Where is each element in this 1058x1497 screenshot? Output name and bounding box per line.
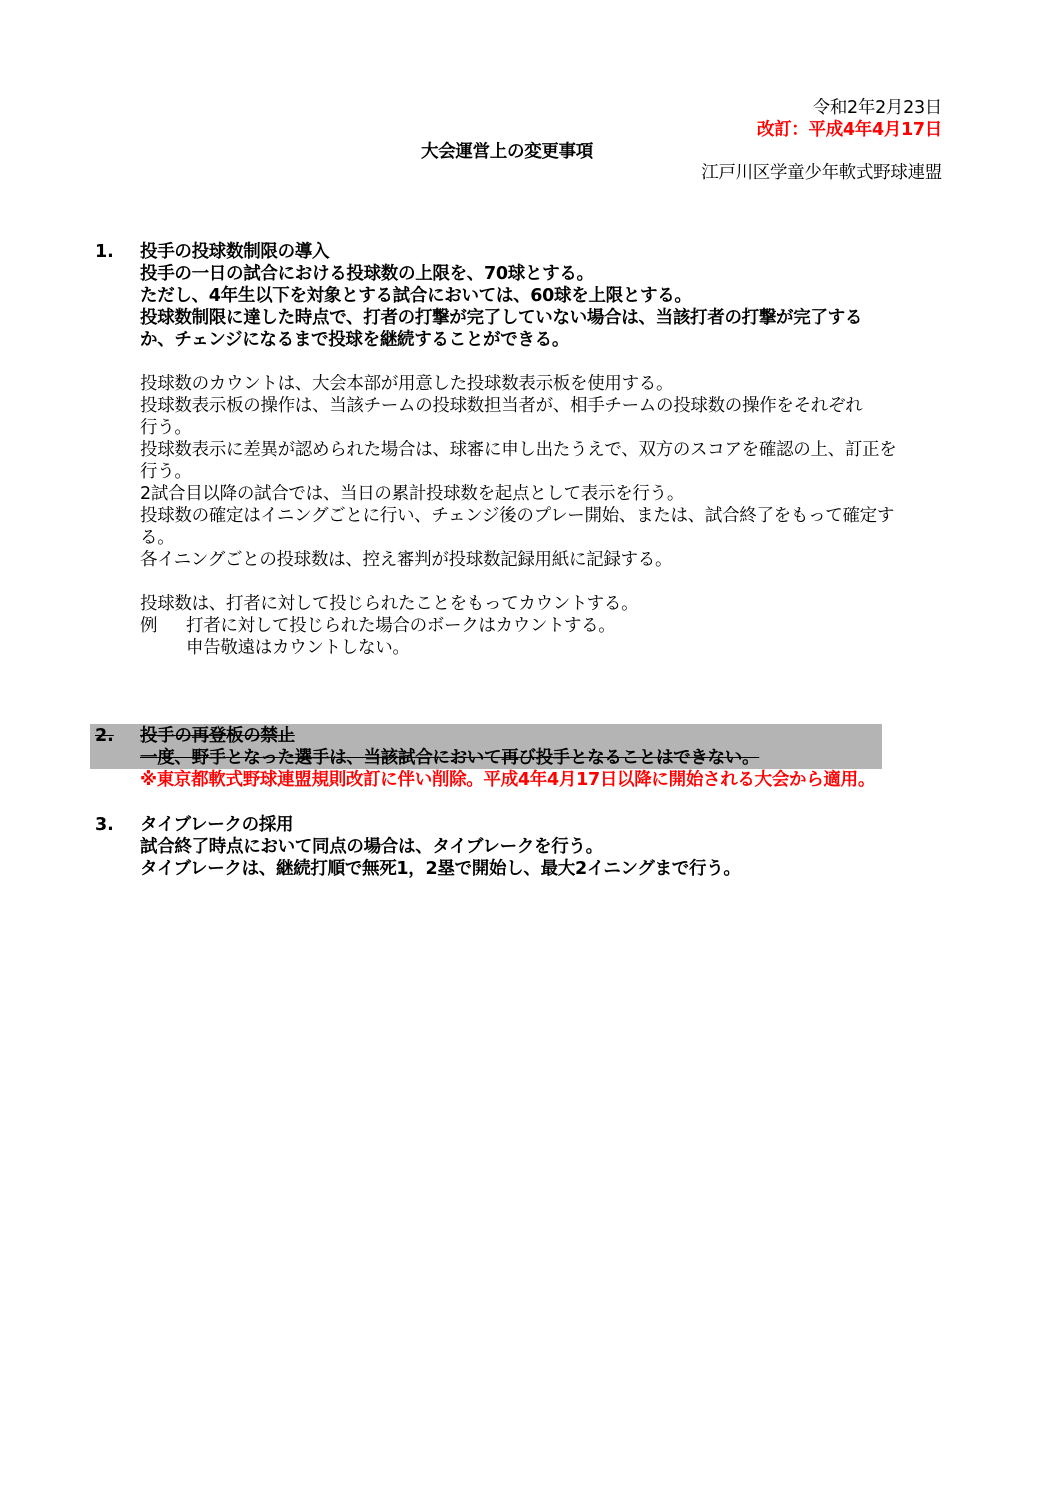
paragraph-line: 投球数は、打者に対して投じられたことをもってカウントする。 (140, 593, 638, 615)
example-line: 打者に対して投じられた場合のボークはカウントする。 (186, 615, 615, 637)
section-number: 1. (95, 241, 114, 263)
example-line: 申告敬遠はカウントしない。 (186, 637, 615, 659)
section-body: 一度、野手となった選手は、当該試合において再び投手となることはできない。 (140, 747, 759, 769)
paragraph-line: 試合終了時点において同点の場合は、タイブレークを行う。 (140, 836, 741, 858)
section-number: 3. (95, 814, 114, 836)
paragraph-line: ただし、4年生以下を対象とする試合においては、60球を上限とする。 (140, 285, 862, 307)
section-paragraph: 投球数は、打者に対して投じられたことをもってカウントする。 (140, 593, 638, 615)
paragraph-line: 投球数の確定はイニングごとに行い、チェンジ後のプレー開始、または、試合終了をもっ… (140, 505, 896, 527)
section-body: 試合終了時点において同点の場合は、タイブレークを行う。 タイブレークは、継続打順… (140, 836, 741, 880)
section-number: 2. (95, 725, 114, 747)
paragraph-line: 投球数のカウントは、大会本部が用意した投球数表示板を使用する。 (140, 373, 896, 395)
paragraph-line: か、チェンジになるまで投球を継続することができる。 (140, 329, 862, 351)
section-paragraph: 投球数のカウントは、大会本部が用意した投球数表示板を使用する。 投球数表示板の操… (140, 373, 896, 571)
example-lines: 打者に対して投じられた場合のボークはカウントする。 申告敬遠はカウントしない。 (186, 615, 615, 659)
section-heading: 投手の投球数制限の導入 (140, 241, 329, 263)
paragraph-line: 行う。 (140, 417, 896, 439)
paragraph-line: 投球数制限に達した時点で、打者の打撃が完了していない場合は、当該打者の打撃が完了… (140, 307, 862, 329)
organization-name: 江戸川区学童少年軟式野球連盟 (701, 162, 942, 184)
paragraph-line: タイブレークは、継続打順で無死1，2塁で開始し、最大2イニングまで行う。 (140, 858, 741, 880)
deletion-note: ※東京都軟式野球連盟規則改訂に伴い削除。平成4年4月17日以降に開始される大会か… (140, 769, 875, 791)
paragraph-line: る。 (140, 527, 896, 549)
revision-date: 改訂：平成4年4月17日 (757, 119, 942, 141)
paragraph-line: 投球数表示板の操作は、当該チームの投球数担当者が、相手チームの投球数の操作をそれ… (140, 395, 896, 417)
paragraph-line: 各イニングごとの投球数は、控え審判が投球数記録用紙に記録する。 (140, 549, 896, 571)
paragraph-line: 行う。 (140, 461, 896, 483)
example-label: 例 (140, 615, 157, 637)
paragraph-line: 2試合目以降の試合では、当日の累計投球数を起点として表示を行う。 (140, 483, 896, 505)
page-title: 大会運営上の変更事項 (421, 141, 593, 163)
section-paragraph: 投手の一日の試合における投球数の上限を、70球とする。 ただし、4年生以下を対象… (140, 263, 862, 351)
section-heading: 投手の再登板の禁止 (140, 725, 295, 747)
paragraph-line: 投手の一日の試合における投球数の上限を、70球とする。 (140, 263, 862, 285)
document-date: 令和2年2月23日 (813, 97, 942, 119)
paragraph-line: 投球数表示に差異が認められた場合は、球審に申し出たうえで、双方のスコアを確認の上… (140, 439, 896, 461)
section-heading: タイブレークの採用 (140, 814, 293, 836)
